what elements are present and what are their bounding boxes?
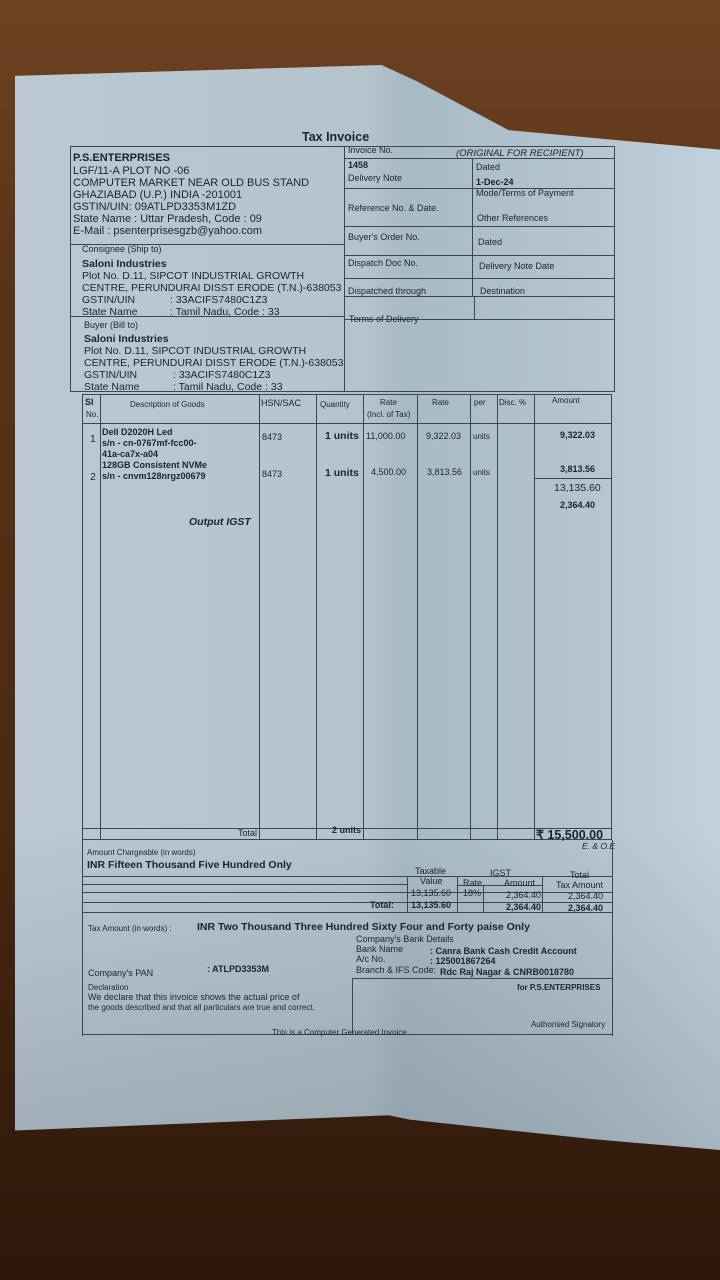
col-rate-incl: Rate [380, 398, 397, 407]
col-disc: Disc. % [499, 398, 526, 407]
ts-row-total-tax: 2,364.40 [568, 891, 603, 901]
dispatched-through-label: Dispatched through [348, 286, 426, 296]
invoice-no-label: Invoice No. [348, 145, 393, 155]
buyer-address-2: CENTRE, PERUNDURAI DISST ERODE (T.N.)-63… [84, 357, 343, 369]
amount-words-label: Amount Chargeable (in words) [87, 848, 196, 857]
invoice-no-value: 1458 [348, 160, 368, 170]
ts-row-rate: 18% [463, 888, 481, 898]
col-hsn: HSN/SAC [261, 398, 301, 408]
row-serial: s/n - cn-0767mf-fcc00- [102, 438, 197, 448]
col-quantity: Quantity [320, 400, 350, 409]
bank-name-label: Bank Name [356, 944, 403, 954]
ts-igst-label: IGST [490, 868, 511, 878]
consignee-gstin: : 33ACIFS7480C1Z3 [170, 294, 267, 306]
seller-gstin: GSTIN/UIN: 09ATLPD3353M1ZD [73, 201, 236, 213]
buyers-order-dated-label: Dated [478, 237, 502, 247]
amount-in-words: INR Fifteen Thousand Five Hundred Only [87, 859, 292, 871]
row-amount: 9,322.03 [560, 430, 595, 440]
eoe-label: E. & O.E [582, 841, 615, 851]
pan-label: Company's PAN [88, 968, 153, 978]
declaration-line-1: We declare that this invoice shows the a… [88, 992, 299, 1002]
row-qty: 1 units [325, 467, 359, 479]
row-amount: 3,813.56 [560, 464, 595, 474]
row-serial: s/n - cnvm128nrgz00679 [102, 471, 206, 481]
consignee-label: Consignee (Ship to) [82, 244, 162, 254]
row-rate-incl: 11,000.00 [366, 431, 405, 441]
bank-name: : Canra Bank Cash Credit Account [430, 946, 577, 956]
declaration-label: Declaration [88, 983, 128, 992]
buyer-label: Buyer (Bill to) [84, 320, 138, 330]
consignee-gstin-label: GSTIN/UIN [82, 294, 135, 306]
col-sl-no: No. [86, 410, 98, 419]
delivery-note-date-label: Delivery Note Date [479, 261, 555, 271]
bank-acc-label: A/c No. [356, 954, 386, 964]
ts-rate-label: Rate [463, 878, 482, 888]
col-sl: Sl [85, 397, 94, 407]
ts-value-label: Value [420, 876, 442, 886]
subtotal-amount: 13,135.60 [554, 482, 601, 494]
col-per: per [474, 398, 486, 407]
row-hsn: 8473 [262, 469, 282, 479]
buyers-order-label: Buyer's Order No. [348, 232, 420, 242]
invoice-title: Tax Invoice [302, 130, 369, 144]
bank-heading: Company's Bank Details [356, 934, 454, 944]
row-serial-cont: 41a-ca7x-a04 [102, 449, 158, 459]
buyer-address-1: Plot No. D.11, SIPCOT INDUSTRIAL GROWTH [84, 345, 306, 357]
consignee-name: Saloni Industries [82, 258, 167, 270]
col-description: Description of Goods [130, 400, 205, 409]
ts-row-taxable: 13,135.60 [411, 888, 451, 898]
row-description: Dell D2020H Led [102, 427, 173, 437]
terms-of-delivery-label: Terms of Delivery [349, 314, 419, 324]
row-qty: 1 units [325, 430, 359, 442]
row-rate: 9,322.03 [426, 431, 461, 441]
consignee-address-1: Plot No. D.11, SIPCOT INDUSTRIAL GROWTH [82, 270, 304, 282]
col-amount: Amount [552, 396, 580, 405]
bank-branch: Rdc Raj Nagar & CNRB0018780 [440, 967, 574, 977]
ts-total-amount: 2,364.40 [506, 902, 541, 912]
consignee-state: : Tamil Nadu, Code : 33 [170, 306, 280, 318]
dispatch-doc-label: Dispatch Doc No. [348, 258, 418, 268]
row-sl: 2 [90, 471, 96, 483]
consignee-state-label: State Name [82, 306, 137, 318]
bank-branch-label: Branch & IFS Code: [356, 965, 436, 975]
ts-tax-amount-label: Tax Amount [556, 880, 603, 890]
other-references-label: Other References [477, 213, 548, 223]
dated-value: 1-Dec-24 [476, 177, 514, 187]
ts-total-tax: 2,364.40 [568, 903, 603, 913]
col-rate-incl-note: (Incl. of Tax) [367, 410, 410, 419]
tax-in-words: INR Two Thousand Three Hundred Sixty Fou… [197, 921, 530, 933]
ts-total-row-label: Total: [370, 900, 394, 910]
buyer-state: : Tamil Nadu, Code : 33 [173, 381, 283, 393]
buyer-state-label: State Name [84, 381, 139, 393]
ts-amount-label: Amount [504, 878, 535, 888]
pan-value: : ATLPD3353M [207, 964, 269, 974]
output-igst-label: Output IGST [189, 516, 251, 528]
col-rate: Rate [432, 398, 449, 407]
row-rate: 3,813.56 [427, 467, 462, 477]
row-per: units [473, 468, 490, 477]
seller-address-3: GHAZIABAD (U.P.) INDIA -201001 [73, 189, 242, 201]
row-description: 128GB Consistent NVMe [102, 460, 207, 470]
row-hsn: 8473 [262, 432, 282, 442]
buyer-name: Saloni Industries [84, 333, 169, 345]
footer-note: This is a Computer Generated Invoice [272, 1028, 407, 1037]
seller-email: E-Mail : psenterprisesgzb@yahoo.com [73, 225, 262, 237]
seller-address-2: COMPUTER MARKET NEAR OLD BUS STAND [73, 177, 309, 189]
row-per: units [473, 432, 490, 441]
row-sl: 1 [90, 433, 96, 445]
ts-taxable-label: Taxable [415, 866, 446, 876]
igst-amount: 2,364.40 [560, 500, 595, 510]
seller-address-1: LGF/11-A PLOT NO -06 [73, 165, 189, 177]
total-quantity: 2 units [332, 825, 361, 835]
bank-acc: : 125001867264 [430, 956, 496, 966]
seller-name: P.S.ENTERPRISES [73, 152, 170, 164]
declaration-line-2: the goods described and that all particu… [88, 1003, 315, 1012]
ts-total-label: Total [570, 870, 589, 880]
destination-label: Destination [480, 286, 525, 296]
reference-label: Reference No. & Date. [348, 203, 439, 213]
row-rate-incl: 4,500.00 [371, 467, 406, 477]
total-amount: ₹ 15,500.00 [536, 827, 603, 842]
consignee-address-2: CENTRE, PERUNDURAI DISST ERODE (T.N.)-63… [82, 282, 341, 294]
delivery-note-label: Delivery Note [348, 173, 402, 183]
for-company: for P.S.ENTERPRISES [517, 983, 600, 992]
total-label: Total [238, 828, 257, 838]
dated-label: Dated [476, 162, 500, 172]
ts-row-amount: 2,364.40 [506, 890, 541, 900]
authorised-signatory: Authorised Signatory [531, 1020, 605, 1029]
seller-state: State Name : Uttar Pradesh, Code : 09 [73, 213, 262, 225]
buyer-gstin: : 33ACIFS7480C1Z3 [173, 369, 270, 381]
ts-total-taxable: 13,135.60 [411, 900, 451, 910]
buyer-gstin-label: GSTIN/UIN [84, 369, 137, 381]
tax-words-label: Tax Amount (in words) : [88, 924, 172, 933]
payment-terms-label: Mode/Terms of Payment [476, 188, 574, 198]
